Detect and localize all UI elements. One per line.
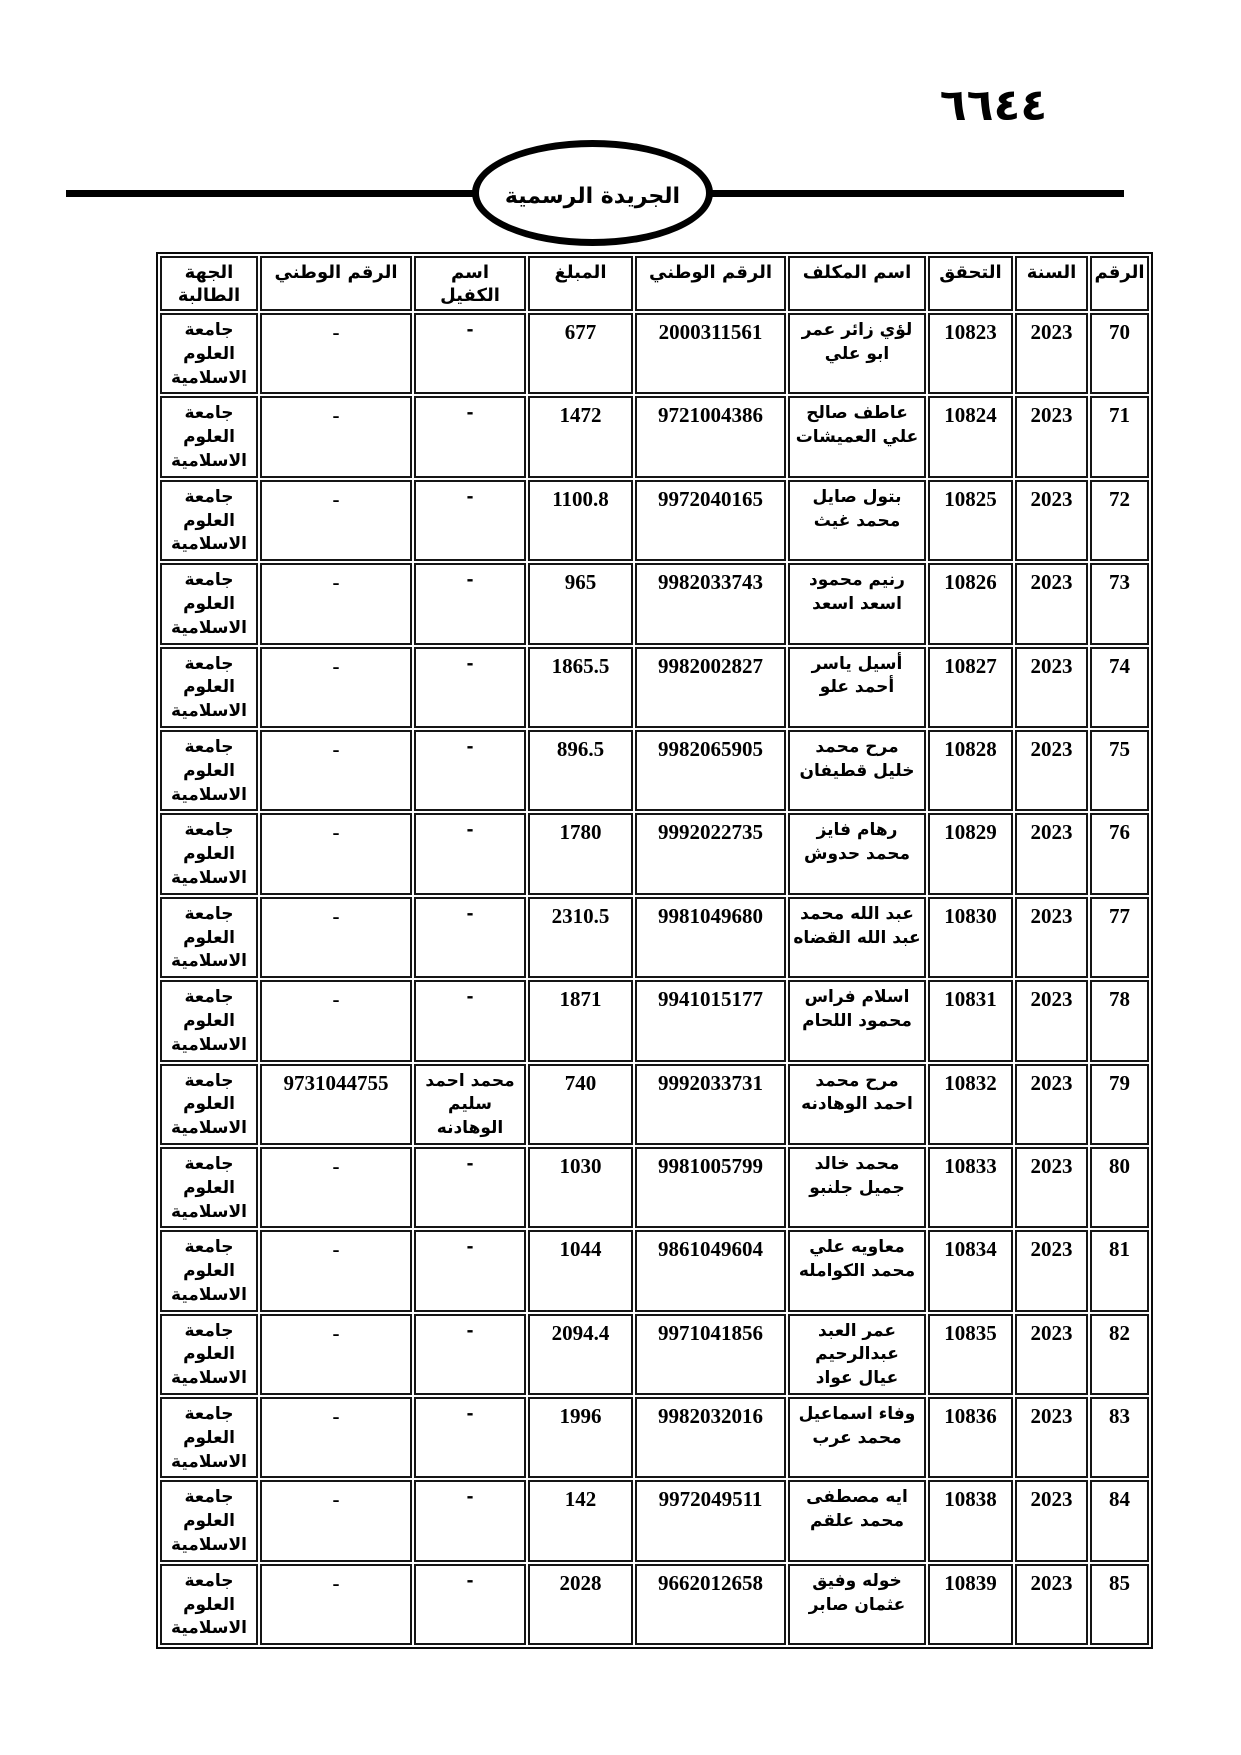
cell-amount: 2310.5 [528, 897, 633, 978]
cell-national-id: 9992022735 [635, 813, 786, 894]
cell-national-id: 9971041856 [635, 1314, 786, 1395]
cell-amount: 740 [528, 1064, 633, 1145]
cell-amount: 1030 [528, 1147, 633, 1228]
table-row: 80 2023 10833 محمد خالد جميل جلنبو 99810… [160, 1147, 1149, 1228]
cell-year: 2023 [1015, 647, 1088, 728]
cell-guarantor-name: - [414, 396, 526, 477]
cell-year: 2023 [1015, 1147, 1088, 1228]
gazette-page: ٦٦٤٤ الجريدة الرسمية الرقم السنة ال [0, 0, 1241, 1755]
cell-national-id: 9982002827 [635, 647, 786, 728]
cell-requesting-entity: جامعة العلوم الاسلامية [160, 647, 258, 728]
cell-requesting-entity: جامعة العلوم الاسلامية [160, 1397, 258, 1478]
cell-number: 72 [1090, 480, 1149, 561]
cell-number: 81 [1090, 1230, 1149, 1311]
table-header-row: الرقم السنة التحقق اسم المكلف الرقم الوط… [160, 256, 1149, 311]
cell-taxpayer-name: محمد خالد جميل جلنبو [788, 1147, 926, 1228]
table-row: 82 2023 10835 عمر العبد عبدالرحيم عيال ع… [160, 1314, 1149, 1395]
cell-amount: 1044 [528, 1230, 633, 1311]
cell-guarantor-national-id: - [260, 1147, 412, 1228]
cell-verification: 10839 [928, 1564, 1013, 1645]
table-row: 71 2023 10824 عاطف صالح علي العميشات 972… [160, 396, 1149, 477]
cell-number: 78 [1090, 980, 1149, 1061]
cell-verification: 10823 [928, 313, 1013, 394]
cell-national-id: 9981005799 [635, 1147, 786, 1228]
header-amount: المبلغ [528, 256, 633, 311]
cell-year: 2023 [1015, 1230, 1088, 1311]
cell-guarantor-name: - [414, 647, 526, 728]
cell-number: 80 [1090, 1147, 1149, 1228]
gazette-title: الجريدة الرسمية [505, 178, 680, 209]
cell-verification: 10834 [928, 1230, 1013, 1311]
cell-year: 2023 [1015, 563, 1088, 644]
cell-taxpayer-name: مرح محمد احمد الوهادنه [788, 1064, 926, 1145]
header-national-id: الرقم الوطني [635, 256, 786, 311]
cell-national-id: 9981049680 [635, 897, 786, 978]
cell-verification: 10838 [928, 1480, 1013, 1561]
cell-year: 2023 [1015, 480, 1088, 561]
cell-guarantor-name: - [414, 897, 526, 978]
cell-requesting-entity: جامعة العلوم الاسلامية [160, 730, 258, 811]
cell-taxpayer-name: عبد الله محمد عبد الله القضاه [788, 897, 926, 978]
table-row: 78 2023 10831 اسلام فراس محمود اللحام 99… [160, 980, 1149, 1061]
cell-requesting-entity: جامعة العلوم الاسلامية [160, 813, 258, 894]
cell-requesting-entity: جامعة العلوم الاسلامية [160, 980, 258, 1061]
cell-verification: 10830 [928, 897, 1013, 978]
cell-taxpayer-name: عاطف صالح علي العميشات [788, 396, 926, 477]
cell-verification: 10828 [928, 730, 1013, 811]
cell-year: 2023 [1015, 1314, 1088, 1395]
cell-national-id: 9982033743 [635, 563, 786, 644]
cell-guarantor-national-id: - [260, 313, 412, 394]
cell-national-id: 9982032016 [635, 1397, 786, 1478]
cell-number: 73 [1090, 563, 1149, 644]
cell-guarantor-name: - [414, 1230, 526, 1311]
header-guarantor-national-id: الرقم الوطني [260, 256, 412, 311]
cell-guarantor-national-id: - [260, 897, 412, 978]
cell-guarantor-name: - [414, 313, 526, 394]
cell-taxpayer-name: وفاء اسماعيل محمد عرب [788, 1397, 926, 1478]
cell-year: 2023 [1015, 980, 1088, 1061]
cell-amount: 965 [528, 563, 633, 644]
cell-number: 71 [1090, 396, 1149, 477]
cell-amount: 2028 [528, 1564, 633, 1645]
cell-number: 76 [1090, 813, 1149, 894]
cell-taxpayer-name: ايه مصطفى محمد علقم [788, 1480, 926, 1561]
cell-guarantor-name: - [414, 1397, 526, 1478]
cell-guarantor-name: - [414, 480, 526, 561]
cell-guarantor-name: - [414, 1314, 526, 1395]
cell-verification: 10836 [928, 1397, 1013, 1478]
cell-amount: 1472 [528, 396, 633, 477]
cell-requesting-entity: جامعة العلوم الاسلامية [160, 1480, 258, 1561]
header-guarantor-name: اسم الكفيل [414, 256, 526, 311]
cell-taxpayer-name: عمر العبد عبدالرحيم عيال عواد [788, 1314, 926, 1395]
header-taxpayer-name: اسم المكلف [788, 256, 926, 311]
cell-taxpayer-name: مرح محمد خليل قطيفان [788, 730, 926, 811]
cell-guarantor-name: - [414, 730, 526, 811]
cell-guarantor-name: محمد احمد سليم الوهادنه [414, 1064, 526, 1145]
cell-guarantor-national-id: - [260, 730, 412, 811]
cell-year: 2023 [1015, 813, 1088, 894]
header-year: السنة [1015, 256, 1088, 311]
cell-requesting-entity: جامعة العلوم الاسلامية [160, 396, 258, 477]
cell-number: 79 [1090, 1064, 1149, 1145]
cell-number: 75 [1090, 730, 1149, 811]
cell-requesting-entity: جامعة العلوم الاسلامية [160, 1564, 258, 1645]
cell-guarantor-name: - [414, 1480, 526, 1561]
cell-national-id: 9992033731 [635, 1064, 786, 1145]
gazette-oval-badge: الجريدة الرسمية [472, 140, 713, 246]
cell-guarantor-name: - [414, 1147, 526, 1228]
cell-amount: 2094.4 [528, 1314, 633, 1395]
cell-verification: 10824 [928, 396, 1013, 477]
cell-guarantor-national-id: - [260, 396, 412, 477]
cell-guarantor-national-id: - [260, 980, 412, 1061]
cell-requesting-entity: جامعة العلوم الاسلامية [160, 1314, 258, 1395]
cell-verification: 10835 [928, 1314, 1013, 1395]
cell-number: 77 [1090, 897, 1149, 978]
cell-requesting-entity: جامعة العلوم الاسلامية [160, 897, 258, 978]
cell-taxpayer-name: اسلام فراس محمود اللحام [788, 980, 926, 1061]
table-row: 70 2023 10823 لؤي زائر عمر ابو علي 20003… [160, 313, 1149, 394]
cell-requesting-entity: جامعة العلوم الاسلامية [160, 313, 258, 394]
cell-taxpayer-name: لؤي زائر عمر ابو علي [788, 313, 926, 394]
cell-taxpayer-name: رنيم محمود اسعد اسعد [788, 563, 926, 644]
cell-requesting-entity: جامعة العلوم الاسلامية [160, 1230, 258, 1311]
cell-number: 74 [1090, 647, 1149, 728]
header-requesting-entity: الجهة الطالبة [160, 256, 258, 311]
cell-national-id: 9721004386 [635, 396, 786, 477]
cell-year: 2023 [1015, 897, 1088, 978]
table-row: 73 2023 10826 رنيم محمود اسعد اسعد 99820… [160, 563, 1149, 644]
table-row: 84 2023 10838 ايه مصطفى محمد علقم 997204… [160, 1480, 1149, 1561]
cell-national-id: 9941015177 [635, 980, 786, 1061]
cell-guarantor-name: - [414, 813, 526, 894]
cell-verification: 10827 [928, 647, 1013, 728]
cell-guarantor-national-id: - [260, 647, 412, 728]
cell-year: 2023 [1015, 1564, 1088, 1645]
cell-guarantor-national-id: 9731044755 [260, 1064, 412, 1145]
records-table-wrap: الرقم السنة التحقق اسم المكلف الرقم الوط… [180, 252, 1153, 1649]
cell-amount: 1780 [528, 813, 633, 894]
cell-guarantor-national-id: - [260, 1397, 412, 1478]
cell-national-id: 2000311561 [635, 313, 786, 394]
cell-year: 2023 [1015, 730, 1088, 811]
cell-amount: 896.5 [528, 730, 633, 811]
table-row: 75 2023 10828 مرح محمد خليل قطيفان 99820… [160, 730, 1149, 811]
cell-verification: 10829 [928, 813, 1013, 894]
table-row: 74 2023 10827 أسيل ياسر أحمد علو 9982002… [160, 647, 1149, 728]
cell-number: 82 [1090, 1314, 1149, 1395]
cell-guarantor-national-id: - [260, 1564, 412, 1645]
cell-national-id: 9972049511 [635, 1480, 786, 1561]
cell-requesting-entity: جامعة العلوم الاسلامية [160, 1064, 258, 1145]
cell-year: 2023 [1015, 1397, 1088, 1478]
cell-guarantor-name: - [414, 563, 526, 644]
cell-taxpayer-name: رهام فايز محمد حدوش [788, 813, 926, 894]
cell-number: 70 [1090, 313, 1149, 394]
cell-guarantor-national-id: - [260, 1314, 412, 1395]
cell-taxpayer-name: بتول صايل محمد غيث [788, 480, 926, 561]
cell-guarantor-national-id: - [260, 563, 412, 644]
cell-guarantor-national-id: - [260, 1480, 412, 1561]
cell-national-id: 9662012658 [635, 1564, 786, 1645]
table-row: 77 2023 10830 عبد الله محمد عبد الله الق… [160, 897, 1149, 978]
cell-taxpayer-name: معاويه علي محمد الكوامله [788, 1230, 926, 1311]
cell-guarantor-national-id: - [260, 480, 412, 561]
cell-year: 2023 [1015, 313, 1088, 394]
cell-verification: 10826 [928, 563, 1013, 644]
cell-requesting-entity: جامعة العلوم الاسلامية [160, 563, 258, 644]
cell-requesting-entity: جامعة العلوم الاسلامية [160, 480, 258, 561]
cell-amount: 1871 [528, 980, 633, 1061]
cell-number: 84 [1090, 1480, 1149, 1561]
cell-requesting-entity: جامعة العلوم الاسلامية [160, 1147, 258, 1228]
table-row: 76 2023 10829 رهام فايز محمد حدوش 999202… [160, 813, 1149, 894]
cell-taxpayer-name: خوله وفيق عثمان صابر [788, 1564, 926, 1645]
cell-guarantor-national-id: - [260, 813, 412, 894]
cell-national-id: 9972040165 [635, 480, 786, 561]
cell-verification: 10832 [928, 1064, 1013, 1145]
header-number: الرقم [1090, 256, 1149, 311]
cell-number: 85 [1090, 1564, 1149, 1645]
table-body: 70 2023 10823 لؤي زائر عمر ابو علي 20003… [160, 313, 1149, 1645]
cell-verification: 10831 [928, 980, 1013, 1061]
cell-amount: 1996 [528, 1397, 633, 1478]
cell-year: 2023 [1015, 1064, 1088, 1145]
cell-amount: 142 [528, 1480, 633, 1561]
table-row: 85 2023 10839 خوله وفيق عثمان صابر 96620… [160, 1564, 1149, 1645]
cell-national-id: 9861049604 [635, 1230, 786, 1311]
cell-guarantor-name: - [414, 980, 526, 1061]
cell-year: 2023 [1015, 1480, 1088, 1561]
page-number: ٦٦٤٤ [936, 80, 1051, 131]
cell-amount: 677 [528, 313, 633, 394]
table-row: 72 2023 10825 بتول صايل محمد غيث 9972040… [160, 480, 1149, 561]
table-row: 81 2023 10834 معاويه علي محمد الكوامله 9… [160, 1230, 1149, 1311]
header-verification: التحقق [928, 256, 1013, 311]
cell-guarantor-name: - [414, 1564, 526, 1645]
cell-guarantor-national-id: - [260, 1230, 412, 1311]
table-row: 79 2023 10832 مرح محمد احمد الوهادنه 999… [160, 1064, 1149, 1145]
cell-verification: 10833 [928, 1147, 1013, 1228]
cell-taxpayer-name: أسيل ياسر أحمد علو [788, 647, 926, 728]
cell-amount: 1100.8 [528, 480, 633, 561]
cell-amount: 1865.5 [528, 647, 633, 728]
cell-number: 83 [1090, 1397, 1149, 1478]
cell-verification: 10825 [928, 480, 1013, 561]
cell-national-id: 9982065905 [635, 730, 786, 811]
records-table: الرقم السنة التحقق اسم المكلف الرقم الوط… [156, 252, 1153, 1649]
cell-year: 2023 [1015, 396, 1088, 477]
table-row: 83 2023 10836 وفاء اسماعيل محمد عرب 9982… [160, 1397, 1149, 1478]
